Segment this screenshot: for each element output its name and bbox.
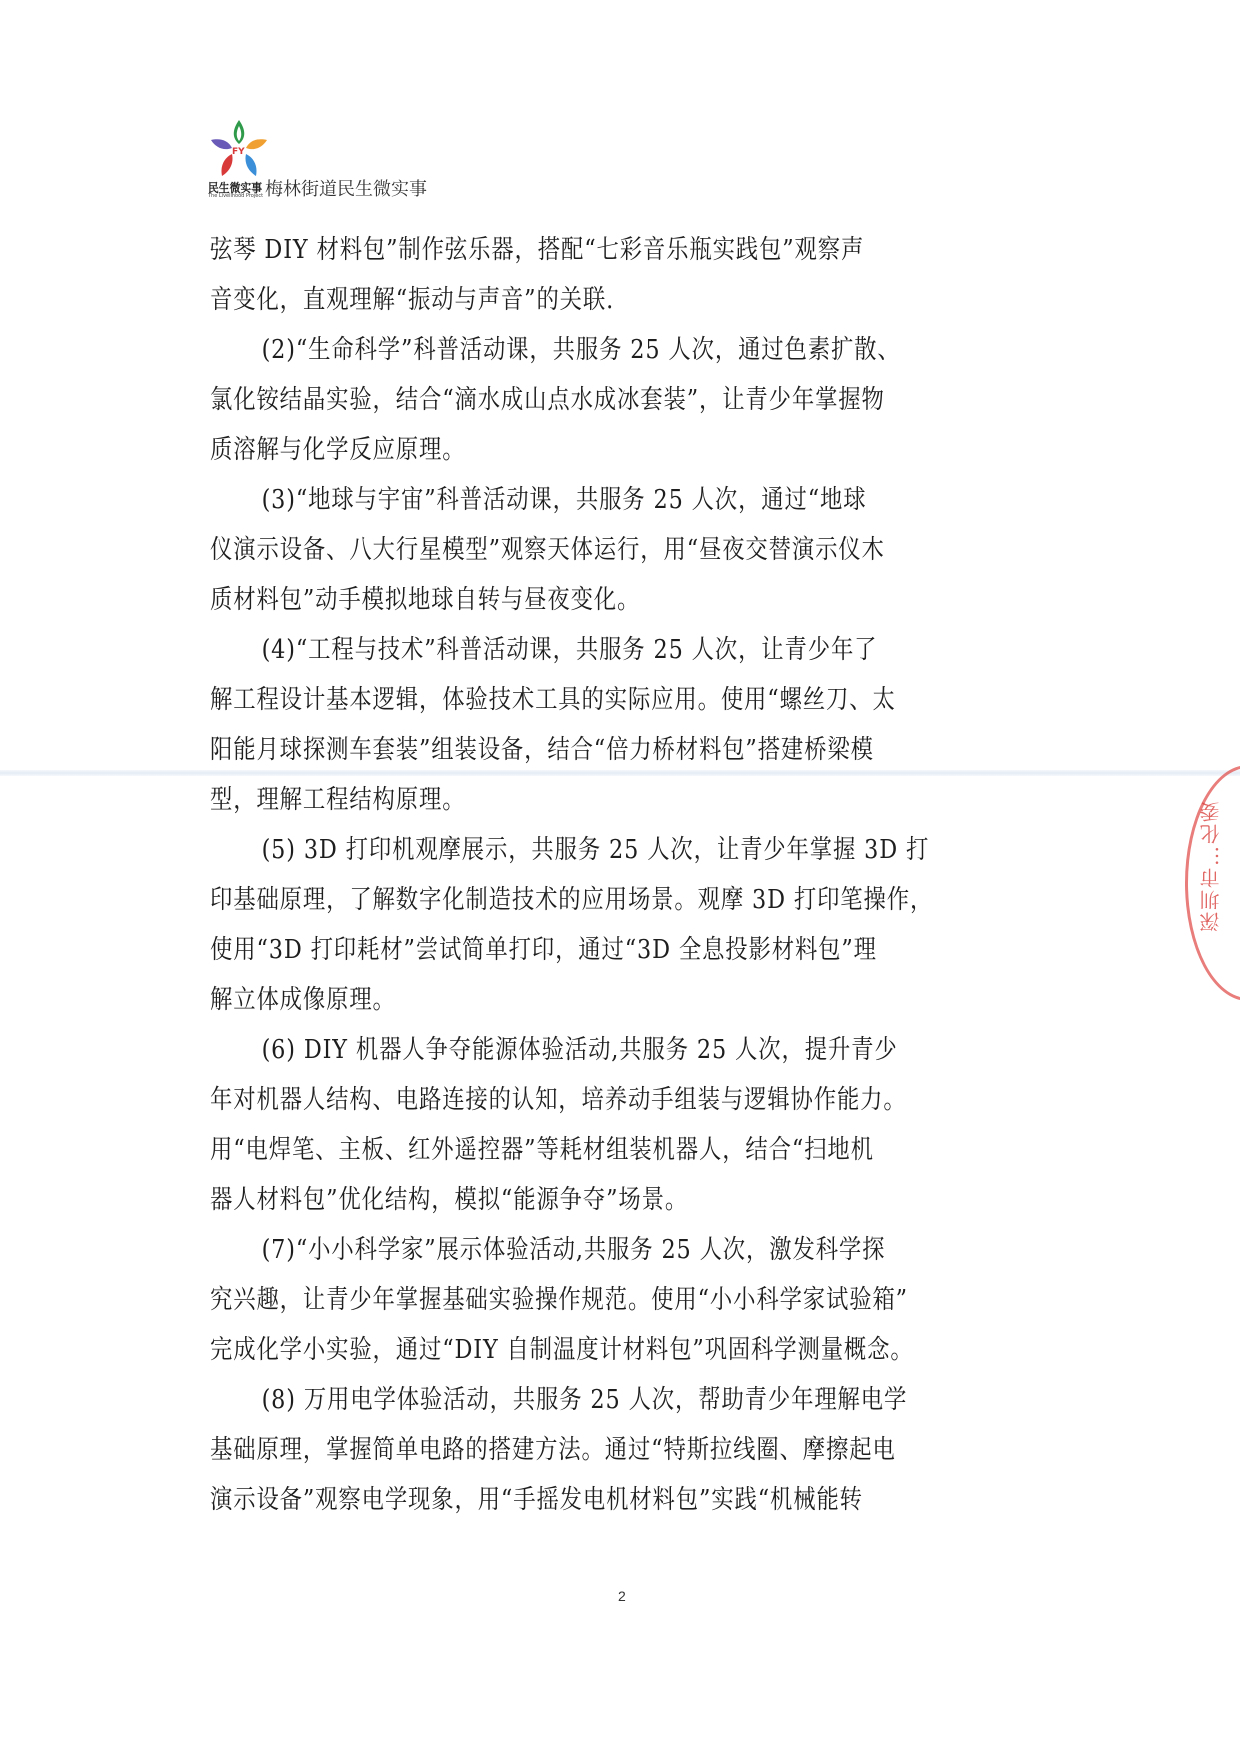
text-line: 解立体成像原理。 — [210, 975, 932, 1025]
text-line: 弦琴 DIY 材料包”制作弦乐器，搭配“七彩音乐瓶实践包”观察声 — [210, 225, 932, 275]
text-line: 质溶解与化学反应原理。 — [210, 425, 932, 475]
paragraph-item-2-start: (2)“生命科学”科普活动课，共服务 25 人次，通过色素扩散、 — [210, 325, 932, 375]
text-line: 音变化，直观理解“振动与声音”的关联. — [210, 275, 932, 325]
paragraph-item-7-start: (7)“小小科学家”展示体验活动,共服务 25 人次，激发科学探 — [210, 1225, 932, 1275]
text-line: 氯化铵结晶实验，结合“滴水成山点水成冰套装”，让青少年掌握物 — [210, 375, 932, 425]
text-line: 基础原理，掌握简单电路的搭建方法。通过“特斯拉线圈、摩擦起电 — [210, 1425, 932, 1475]
text-line: 型，理解工程结构原理。 — [210, 775, 932, 825]
text-line: 解工程设计基本逻辑，体验技术工具的实际应用。使用“螺丝刀、太 — [210, 675, 932, 725]
paragraph-item-5-start: (5) 3D 打印机观摩展示，共服务 25 人次，让青少年掌握 3D 打 — [210, 825, 932, 875]
document-body: 弦琴 DIY 材料包”制作弦乐器，搭配“七彩音乐瓶实践包”观察声 音变化，直观理… — [210, 225, 1050, 1525]
seal-text: 深圳市…化委 — [1196, 800, 1222, 932]
svg-text:FY: FY — [232, 147, 245, 157]
text-line: 质材料包”动手模拟地球自转与昼夜变化。 — [210, 575, 932, 625]
document-page: FY 民生微实事 The Livelihood Project 梅林街道民生微实… — [0, 0, 1240, 1755]
text-line: 使用“3D 打印耗材”尝试简单打印，通过“3D 全息投影材料包”理 — [210, 925, 932, 975]
text-line: 演示设备”观察电学现象，用“手摇发电机材料包”实践“机械能转 — [210, 1475, 932, 1525]
text-line: 用“电焊笔、主板、红外遥控器”等耗材组装机器人，结合“扫地机 — [210, 1125, 932, 1175]
paragraph-item-3-start: (3)“地球与宇宙”科普活动课，共服务 25 人次，通过“地球 — [210, 475, 932, 525]
logo-brand-en-text: The Livelihood Project — [208, 193, 263, 199]
page-header: FY 民生微实事 The Livelihood Project 梅林街道民生微实… — [208, 118, 448, 198]
text-line: 器人材料包”优化结构，模拟“能源争夺”场景。 — [210, 1175, 932, 1225]
header-title: 梅林街道民生微实事 — [265, 175, 427, 201]
paragraph-item-8-start: (8) 万用电学体验活动，共服务 25 人次，帮助青少年理解电学 — [210, 1375, 932, 1425]
paragraph-item-6-start: (6) DIY 机器人争夺能源体验活动,共服务 25 人次，提升青少 — [210, 1025, 932, 1075]
five-petal-star-logo-icon: FY — [208, 118, 270, 180]
text-line: 年对机器人结构、电路连接的认知，培养动手组装与逻辑协作能力。 — [210, 1075, 932, 1125]
text-line: 印基础原理，了解数字化制造技术的应用场景。观摩 3D 打印笔操作， — [210, 875, 932, 925]
paragraph-item-4-start: (4)“工程与技术”科普活动课，共服务 25 人次，让青少年了 — [210, 625, 932, 675]
page-number: 2 — [618, 1588, 626, 1604]
text-line: 阳能月球探测车套装”组装设备，结合“倍力桥材料包”搭建桥梁模 — [210, 725, 932, 775]
text-line: 完成化学小实验，通过“DIY 自制温度计材料包”巩固科学测量概念。 — [210, 1325, 932, 1375]
text-line: 仪演示设备、八大行星模型”观察天体运行，用“昼夜交替演示仪木 — [210, 525, 932, 575]
text-line: 究兴趣，让青少年掌握基础实验操作规范。使用“小小科学家试验箱” — [210, 1275, 932, 1325]
